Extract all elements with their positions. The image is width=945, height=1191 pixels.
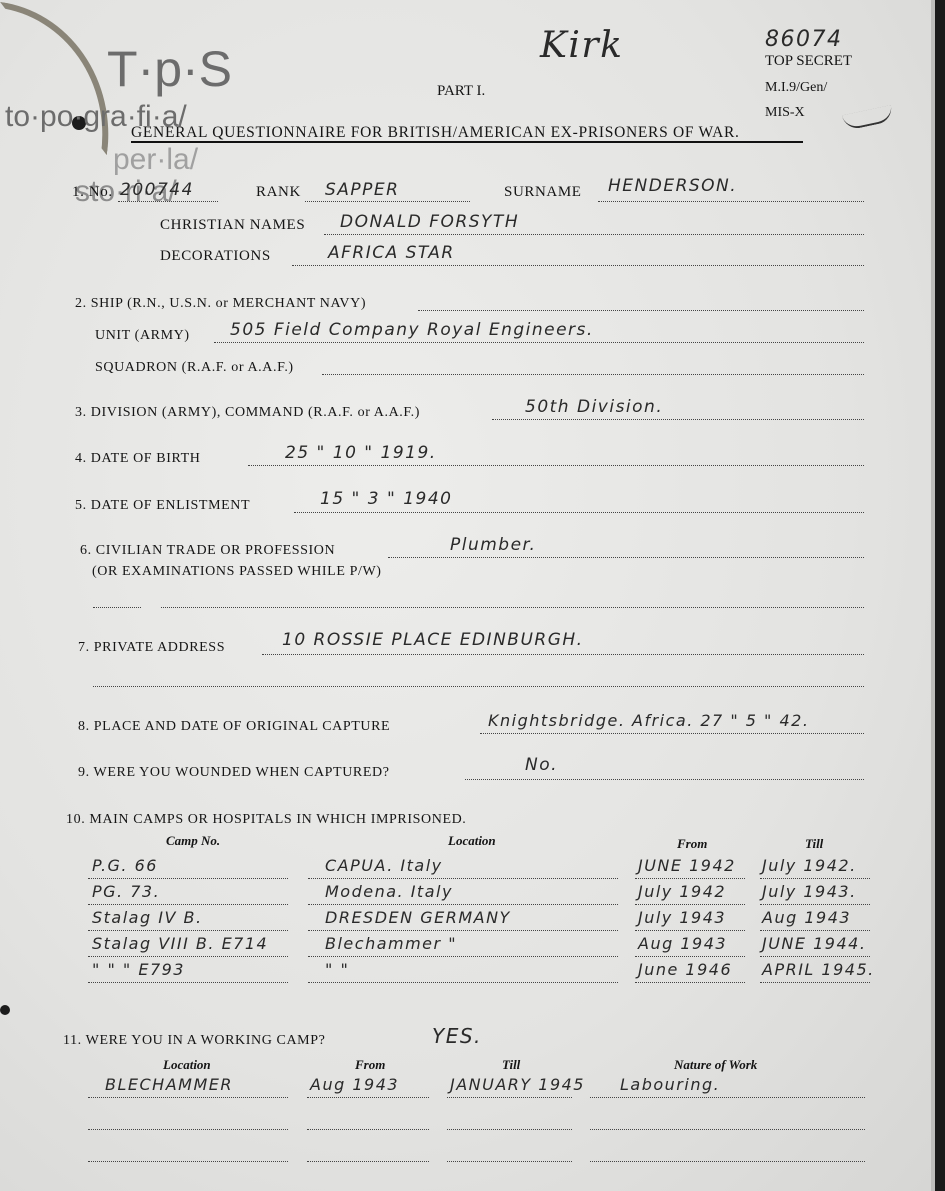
punch-hole-icon bbox=[0, 1005, 10, 1015]
camps-cell-from[interactable]: Aug 1943 bbox=[638, 934, 727, 953]
enlistment-value[interactable]: 15 " 3 " 1940 bbox=[320, 489, 452, 509]
address-value[interactable]: 10 ROSSIE PLACE EDINBURGH. bbox=[282, 630, 584, 650]
dotted-fill-line bbox=[322, 374, 864, 375]
dotted-fill-line bbox=[161, 607, 864, 608]
camps-till-line bbox=[760, 878, 870, 879]
dotted-fill-line bbox=[480, 733, 864, 734]
work-header-nature: Nature of Work bbox=[674, 1057, 757, 1073]
camps-till-line bbox=[760, 904, 870, 905]
camps-cell-camp[interactable]: Stalag VIII B. E714 bbox=[92, 934, 268, 953]
work-till-line bbox=[447, 1129, 572, 1130]
christian-names-label: CHRISTIAN NAMES bbox=[160, 217, 305, 234]
camps-cell-from[interactable]: June 1946 bbox=[638, 960, 732, 979]
classification: TOP SECRET bbox=[765, 53, 852, 70]
work-location-line bbox=[88, 1129, 288, 1130]
dotted-fill-line bbox=[324, 234, 864, 235]
dotted-fill-line bbox=[388, 557, 864, 558]
dotted-fill-line bbox=[294, 512, 864, 513]
dotted-fill-line bbox=[465, 779, 864, 780]
dotted-fill-line bbox=[93, 686, 864, 687]
wounded-label: 9. WERE YOU WOUNDED WHEN CAPTURED? bbox=[78, 765, 390, 781]
camps-from-line bbox=[635, 930, 745, 931]
camps-header-location: Location bbox=[448, 833, 496, 849]
ref-code-2: MIS-X bbox=[765, 105, 805, 121]
dotted-fill-line bbox=[248, 465, 864, 466]
work-from-line bbox=[307, 1129, 429, 1130]
camps-location-line bbox=[308, 956, 618, 957]
work-location-line bbox=[88, 1161, 288, 1162]
camps-cell-camp[interactable]: " " " E793 bbox=[92, 960, 185, 979]
camps-till-line bbox=[760, 956, 870, 957]
camps-till-line bbox=[760, 982, 870, 983]
work-cell-from[interactable]: Aug 1943 bbox=[310, 1075, 399, 1094]
camps-cell-from[interactable]: July 1943 bbox=[638, 908, 726, 927]
page-edge bbox=[935, 0, 945, 1191]
work-cell-till[interactable]: JANUARY 1945 bbox=[450, 1075, 585, 1094]
surname-value[interactable]: HENDERSON. bbox=[608, 176, 737, 196]
camps-cell-till[interactable]: July 1943. bbox=[762, 882, 857, 901]
camps-camp-line bbox=[88, 904, 288, 905]
unit-label: UNIT (ARMY) bbox=[95, 328, 190, 344]
dob-value[interactable]: 25 " 10 " 1919. bbox=[285, 443, 437, 463]
reference-number: 86074 bbox=[765, 27, 843, 52]
camps-camp-line bbox=[88, 878, 288, 879]
work-from-line bbox=[307, 1161, 429, 1162]
camps-header-from: From bbox=[677, 836, 707, 852]
ref-code: M.I.9/Gen/ bbox=[765, 80, 827, 96]
wounded-value[interactable]: No. bbox=[525, 755, 558, 775]
camps-from-line bbox=[635, 878, 745, 879]
camps-cell-location[interactable]: " " bbox=[325, 960, 349, 979]
camps-cell-location[interactable]: Modena. Italy bbox=[325, 882, 453, 901]
work-nature-line bbox=[590, 1161, 865, 1162]
camps-cell-camp[interactable]: PG. 73. bbox=[92, 882, 160, 901]
work-header-till: Till bbox=[502, 1057, 520, 1073]
working-camp-label: 11. WERE YOU IN A WORKING CAMP? bbox=[63, 1033, 325, 1049]
camps-till-line bbox=[760, 930, 870, 931]
form-title: GENERAL QUESTIONNAIRE FOR BRITISH/AMERIC… bbox=[131, 124, 740, 142]
enlistment-label: 5. DATE OF ENLISTMENT bbox=[75, 498, 250, 514]
camps-camp-line bbox=[88, 956, 288, 957]
work-cell-nature[interactable]: Labouring. bbox=[620, 1075, 720, 1094]
dotted-fill-line bbox=[492, 419, 864, 420]
trade-label: 6. CIVILIAN TRADE OR PROFESSION bbox=[80, 543, 335, 559]
camps-cell-till[interactable]: Aug 1943 bbox=[762, 908, 851, 927]
rank-label: RANK bbox=[256, 184, 301, 201]
camps-header-till: Till bbox=[805, 836, 823, 852]
camps-cell-till[interactable]: APRIL 1945. bbox=[762, 960, 875, 979]
unit-value[interactable]: 505 Field Company Royal Engineers. bbox=[230, 320, 594, 340]
camps-location-line bbox=[308, 904, 618, 905]
dotted-fill-line bbox=[305, 201, 470, 202]
division-value[interactable]: 50th Division. bbox=[525, 397, 663, 417]
camps-cell-till[interactable]: July 1942. bbox=[762, 856, 857, 875]
trade-sublabel: (OR EXAMINATIONS PASSED WHILE P/W) bbox=[92, 564, 382, 580]
division-label: 3. DIVISION (ARMY), COMMAND (R.A.F. or A… bbox=[75, 405, 420, 421]
title-underline bbox=[131, 141, 803, 143]
camps-camp-line bbox=[88, 930, 288, 931]
work-cell-location[interactable]: BLECHAMMER bbox=[105, 1075, 233, 1094]
camps-cell-location[interactable]: DRESDEN GERMANY bbox=[325, 908, 511, 927]
camps-location-line bbox=[308, 982, 618, 983]
work-header-location: Location bbox=[163, 1057, 211, 1073]
work-nature-line bbox=[590, 1129, 865, 1130]
work-till-line bbox=[447, 1097, 572, 1098]
camps-location-line bbox=[308, 930, 618, 931]
camps-from-line bbox=[635, 904, 745, 905]
surname-label: SURNAME bbox=[504, 184, 582, 201]
part-label: PART I. bbox=[437, 83, 485, 100]
work-till-line bbox=[447, 1161, 572, 1162]
camps-cell-from[interactable]: JUNE 1942 bbox=[638, 856, 736, 875]
working-camp-value[interactable]: YES. bbox=[432, 1024, 482, 1048]
christian-names-value[interactable]: DONALD FORSYTH bbox=[340, 212, 519, 232]
dotted-fill-line bbox=[118, 201, 218, 202]
dotted-fill-line bbox=[598, 201, 864, 202]
camps-cell-location[interactable]: Blechammer " bbox=[325, 934, 457, 953]
camps-from-line bbox=[635, 956, 745, 957]
dotted-fill-line bbox=[262, 654, 864, 655]
decorations-value[interactable]: AFRICA STAR bbox=[328, 243, 455, 263]
capture-value[interactable]: Knightsbridge. Africa. 27 " 5 " 42. bbox=[488, 711, 809, 730]
initials-signature: Kirk bbox=[540, 25, 623, 66]
trade-value[interactable]: Plumber. bbox=[450, 535, 536, 555]
camps-camp-line bbox=[88, 982, 288, 983]
camps-label: 10. MAIN CAMPS OR HOSPITALS IN WHICH IMP… bbox=[66, 812, 466, 828]
capture-label: 8. PLACE AND DATE OF ORIGINAL CAPTURE bbox=[78, 719, 390, 735]
camps-from-line bbox=[635, 982, 745, 983]
camps-cell-from[interactable]: July 1942 bbox=[638, 882, 726, 901]
address-label: 7. PRIVATE ADDRESS bbox=[78, 640, 225, 656]
rank-value[interactable]: SAPPER bbox=[325, 180, 399, 200]
camps-cell-camp[interactable]: P.G. 66 bbox=[92, 856, 158, 875]
squadron-label: SQUADRON (R.A.F. or A.A.F.) bbox=[95, 360, 294, 376]
camps-location-line bbox=[308, 878, 618, 879]
ship-label: 2. SHIP (R.N., U.S.N. or MERCHANT NAVY) bbox=[75, 296, 366, 312]
work-location-line bbox=[88, 1097, 288, 1098]
dob-label: 4. DATE OF BIRTH bbox=[75, 451, 200, 467]
work-nature-line bbox=[590, 1097, 865, 1098]
camps-header-camp: Camp No. bbox=[166, 833, 220, 849]
work-from-line bbox=[307, 1097, 429, 1098]
no-label: 1. No. bbox=[72, 184, 113, 201]
dotted-fill-line bbox=[418, 310, 864, 311]
camps-cell-till[interactable]: JUNE 1944. bbox=[762, 934, 866, 953]
camps-cell-camp[interactable]: Stalag IV B. bbox=[92, 908, 203, 927]
decorations-label: DECORATIONS bbox=[160, 248, 271, 265]
dotted-fill-line bbox=[292, 265, 864, 266]
watermark-logo: T·p·S bbox=[107, 40, 232, 98]
no-value[interactable]: 200744 bbox=[120, 180, 194, 200]
dotted-fill-line bbox=[214, 342, 864, 343]
dotted-fill-line bbox=[93, 607, 141, 608]
watermark-line2: per·la/ bbox=[113, 143, 198, 177]
camps-cell-location[interactable]: CAPUA. Italy bbox=[325, 856, 443, 875]
work-header-from: From bbox=[355, 1057, 385, 1073]
